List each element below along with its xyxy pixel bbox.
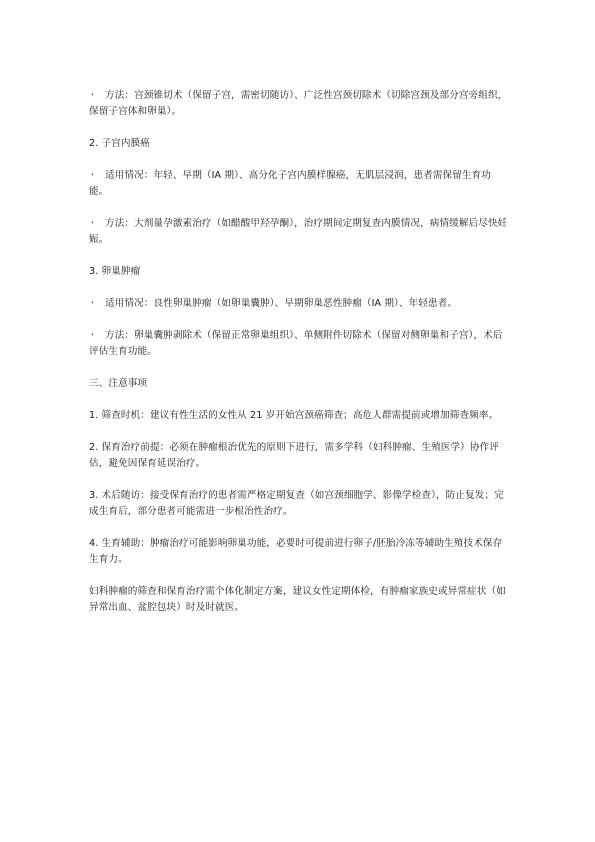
bullet-ovarian-method: 方法：卵巢囊肿剥除术（保留正常卵巢组织）、单侧附件切除术（保留对侧卵巢和子宫），… xyxy=(89,328,509,360)
item-postop-followup: 3. 术后随访：接受保育治疗的患者需严格定期复查（如宫颈细胞学、影像学检查），防… xyxy=(89,488,509,520)
bullet-cervical-method: 方法：宫颈锥切术（保留子宫，需密切随访）、广泛性宫颈切除术（切除宫颈及部分宫旁组… xyxy=(89,88,509,120)
item-fertility-premise: 2. 保育治疗前提：必须在肿瘤根治优先的原则下进行，需多学科（妇科肿瘤、生殖医学… xyxy=(89,440,509,472)
heading-precautions: 三、注意事项 xyxy=(89,376,509,392)
heading-ovarian-tumor: 3. 卵巢肿瘤 xyxy=(89,264,509,280)
summary-paragraph: 妇科肿瘤的筛查和保育治疗需个体化制定方案，建议女性定期体检，有肿瘤家族史或异常症… xyxy=(89,584,509,616)
bullet-endometrial-indication: 适用情况：年轻、早期（IA 期）、高分化子宫内膜样腺癌，无肌层浸润，患者需保留生… xyxy=(89,168,509,200)
bullet-endometrial-method: 方法：大剂量孕激素治疗（如醋酸甲羟孕酮），治疗期间定期复查内膜情况，病情缓解后尽… xyxy=(89,216,509,248)
document-page: 方法：宫颈锥切术（保留子宫，需密切随访）、广泛性宫颈切除术（切除宫颈及部分宫旁组… xyxy=(89,88,509,632)
bullet-ovarian-indication: 适用情况：良性卵巢肿瘤（如卵巢囊肿）、早期卵巢恶性肿瘤（IA 期）、年轻患者。 xyxy=(89,296,509,312)
item-screening-timing: 1. 筛查时机：建议有性生活的女性从 21 岁开始宫颈癌筛查；高危人群需提前或增… xyxy=(89,408,509,424)
item-fertility-assist: 4. 生育辅助：肿瘤治疗可能影响卵巢功能，必要时可提前进行卵子/胚胎冷冻等辅助生… xyxy=(89,536,509,568)
heading-endometrial-cancer: 2. 子宫内膜癌 xyxy=(89,136,509,152)
